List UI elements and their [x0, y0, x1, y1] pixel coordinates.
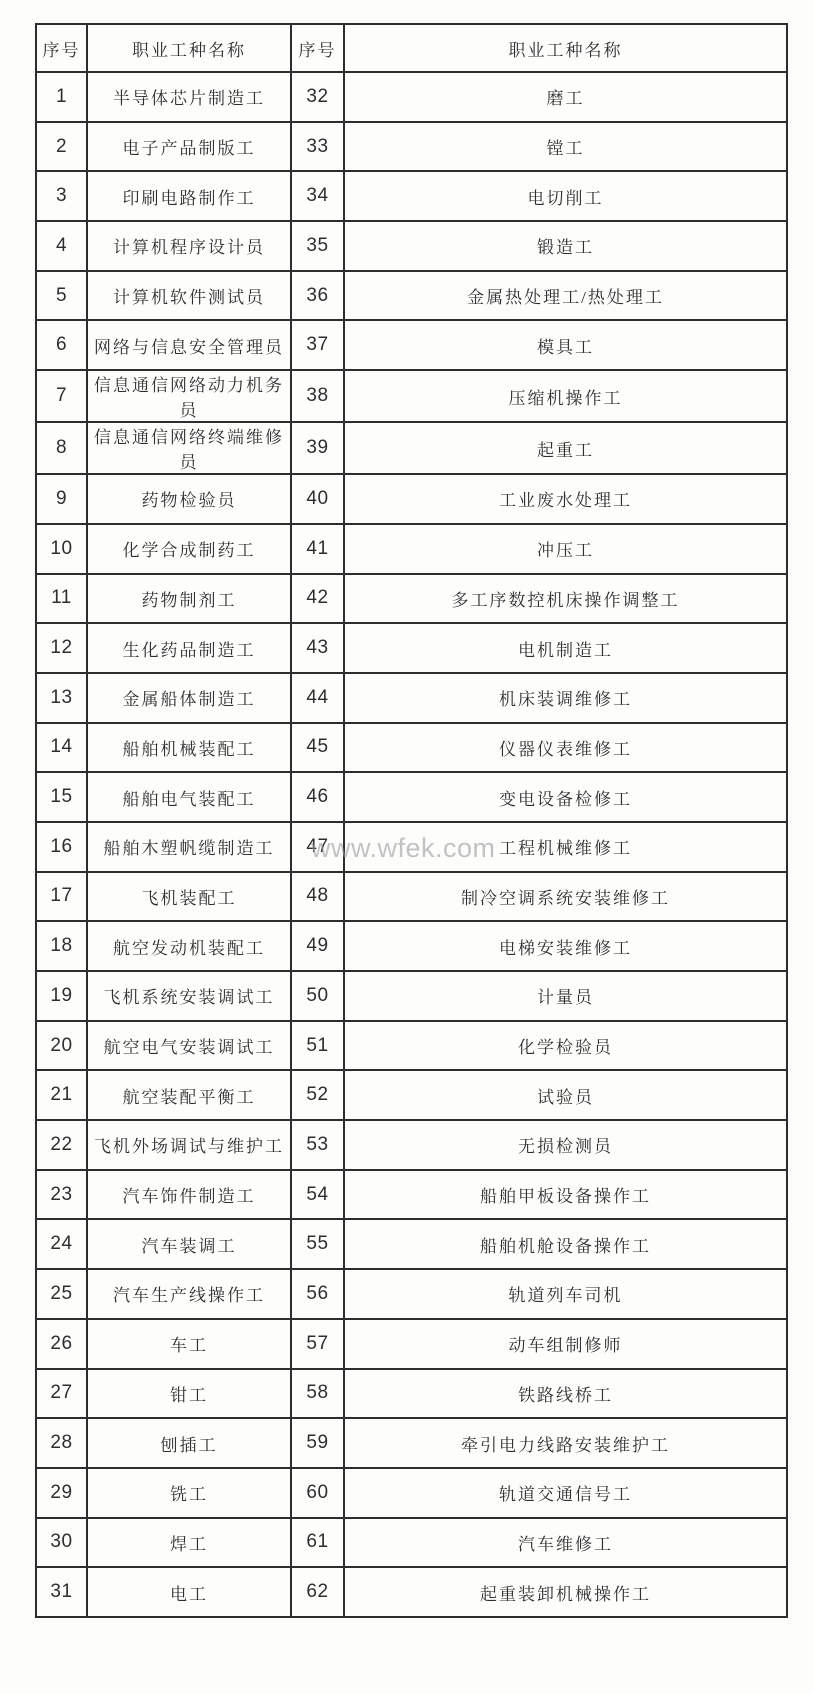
- cell-serial-left: 18: [36, 921, 87, 971]
- cell-occupation-right: 船舶甲板设备操作工: [344, 1170, 787, 1220]
- cell-occupation-right: 试验员: [344, 1070, 787, 1120]
- cell-serial-left: 4: [36, 221, 87, 271]
- cell-serial-right: 48: [291, 872, 344, 922]
- table-row: 4 计算机程序设计员 35 锻造工: [36, 221, 787, 271]
- table-row: 2 电子产品制版工 33 镗工: [36, 122, 787, 172]
- table-row: 21 航空装配平衡工 52 试验员: [36, 1070, 787, 1120]
- cell-serial-left: 25: [36, 1269, 87, 1319]
- table-row: 30 焊工 61 汽车维修工: [36, 1518, 787, 1568]
- cell-serial-right: 60: [291, 1468, 344, 1518]
- cell-occupation-left: 电子产品制版工: [87, 122, 291, 172]
- cell-occupation-left: 生化药品制造工: [87, 623, 291, 673]
- cell-serial-left: 13: [36, 673, 87, 723]
- cell-serial-left: 5: [36, 271, 87, 321]
- cell-serial-right: 32: [291, 72, 344, 122]
- table-row: 12 生化药品制造工 43 电机制造工: [36, 623, 787, 673]
- cell-occupation-right: 电切削工: [344, 171, 787, 221]
- cell-serial-right: 39: [291, 422, 344, 474]
- cell-occupation-left: 船舶木塑帆缆制造工: [87, 822, 291, 872]
- table-row: 31 电工 62 起重装卸机械操作工: [36, 1567, 787, 1617]
- cell-occupation-left: 航空装配平衡工: [87, 1070, 291, 1120]
- cell-serial-right: 59: [291, 1418, 344, 1468]
- cell-occupation-left: 车工: [87, 1319, 291, 1369]
- cell-serial-left: 1: [36, 72, 87, 122]
- cell-occupation-right: 模具工: [344, 320, 787, 370]
- cell-occupation-left: 船舶电气装配工: [87, 772, 291, 822]
- cell-occupation-left: 汽车饰件制造工: [87, 1170, 291, 1220]
- header-serial-right: 序号: [291, 24, 344, 72]
- cell-occupation-left: 药物制剂工: [87, 574, 291, 624]
- cell-serial-right: 54: [291, 1170, 344, 1220]
- cell-serial-left: 15: [36, 772, 87, 822]
- cell-serial-right: 45: [291, 723, 344, 773]
- table-row: 25 汽车生产线操作工 56 轨道列车司机: [36, 1269, 787, 1319]
- cell-serial-right: 57: [291, 1319, 344, 1369]
- cell-occupation-right: 电梯安装维修工: [344, 921, 787, 971]
- cell-occupation-right: 牵引电力线路安装维护工: [344, 1418, 787, 1468]
- table-row: 13 金属船体制造工 44 机床装调维修工: [36, 673, 787, 723]
- cell-serial-left: 28: [36, 1418, 87, 1468]
- cell-serial-left: 19: [36, 971, 87, 1021]
- cell-occupation-left: 飞机外场调试与维护工: [87, 1120, 291, 1170]
- table-row: 6 网络与信息安全管理员 37 模具工: [36, 320, 787, 370]
- table-row: 16 船舶木塑帆缆制造工 47 工程机械维修工: [36, 822, 787, 872]
- cell-serial-right: 37: [291, 320, 344, 370]
- cell-serial-left: 7: [36, 370, 87, 422]
- table-row: 20 航空电气安装调试工 51 化学检验员: [36, 1021, 787, 1071]
- cell-occupation-right: 起重装卸机械操作工: [344, 1567, 787, 1617]
- cell-serial-left: 16: [36, 822, 87, 872]
- cell-serial-left: 2: [36, 122, 87, 172]
- cell-occupation-right: 起重工: [344, 422, 787, 474]
- cell-serial-left: 21: [36, 1070, 87, 1120]
- cell-occupation-left: 化学合成制药工: [87, 524, 291, 574]
- table-row: 23 汽车饰件制造工 54 船舶甲板设备操作工: [36, 1170, 787, 1220]
- cell-serial-left: 6: [36, 320, 87, 370]
- table-row: 15 船舶电气装配工 46 变电设备检修工: [36, 772, 787, 822]
- cell-occupation-right: 轨道交通信号工: [344, 1468, 787, 1518]
- cell-occupation-right: 变电设备检修工: [344, 772, 787, 822]
- cell-occupation-right: 制冷空调系统安装维修工: [344, 872, 787, 922]
- cell-serial-left: 12: [36, 623, 87, 673]
- cell-occupation-left: 航空发动机装配工: [87, 921, 291, 971]
- cell-occupation-right: 化学检验员: [344, 1021, 787, 1071]
- cell-occupation-right: 磨工: [344, 72, 787, 122]
- cell-serial-right: 62: [291, 1567, 344, 1617]
- cell-serial-left: 22: [36, 1120, 87, 1170]
- cell-serial-right: 34: [291, 171, 344, 221]
- cell-occupation-right: 铁路线桥工: [344, 1369, 787, 1419]
- table-row: 5 计算机软件测试员 36 金属热处理工/热处理工: [36, 271, 787, 321]
- cell-occupation-left: 船舶机械装配工: [87, 723, 291, 773]
- cell-serial-right: 61: [291, 1518, 344, 1568]
- cell-occupation-left: 计算机程序设计员: [87, 221, 291, 271]
- cell-serial-left: 8: [36, 422, 87, 474]
- cell-occupation-left: 药物检验员: [87, 474, 291, 524]
- table-row: 7 信息通信网络动力机务员 38 压缩机操作工: [36, 370, 787, 422]
- cell-serial-right: 36: [291, 271, 344, 321]
- cell-serial-right: 56: [291, 1269, 344, 1319]
- cell-occupation-right: 动车组制修师: [344, 1319, 787, 1369]
- cell-serial-right: 55: [291, 1219, 344, 1269]
- cell-serial-left: 29: [36, 1468, 87, 1518]
- cell-occupation-right: 工程机械维修工: [344, 822, 787, 872]
- table-row: 27 钳工 58 铁路线桥工: [36, 1369, 787, 1419]
- table-row: 22 飞机外场调试与维护工 53 无损检测员: [36, 1120, 787, 1170]
- table-row: 29 铣工 60 轨道交通信号工: [36, 1468, 787, 1518]
- cell-occupation-left: 航空电气安装调试工: [87, 1021, 291, 1071]
- cell-serial-left: 24: [36, 1219, 87, 1269]
- cell-occupation-right: 压缩机操作工: [344, 370, 787, 422]
- table-body: 1 半导体芯片制造工 32 磨工 2 电子产品制版工 33 镗工 3 印刷电路制…: [36, 72, 787, 1617]
- cell-occupation-left: 信息通信网络动力机务员: [87, 370, 291, 422]
- cell-serial-left: 3: [36, 171, 87, 221]
- table-header: 序号 职业工种名称 序号 职业工种名称: [36, 24, 787, 72]
- cell-serial-right: 49: [291, 921, 344, 971]
- cell-serial-right: 47: [291, 822, 344, 872]
- cell-occupation-left: 网络与信息安全管理员: [87, 320, 291, 370]
- header-occupation-right: 职业工种名称: [344, 24, 787, 72]
- header-occupation-left: 职业工种名称: [87, 24, 291, 72]
- cell-serial-right: 42: [291, 574, 344, 624]
- cell-serial-right: 44: [291, 673, 344, 723]
- cell-occupation-right: 轨道列车司机: [344, 1269, 787, 1319]
- cell-serial-left: 26: [36, 1319, 87, 1369]
- cell-occupation-left: 飞机系统安装调试工: [87, 971, 291, 1021]
- table-row: 26 车工 57 动车组制修师: [36, 1319, 787, 1369]
- cell-occupation-left: 钳工: [87, 1369, 291, 1419]
- cell-serial-right: 41: [291, 524, 344, 574]
- table-row: 8 信息通信网络终端维修员 39 起重工: [36, 422, 787, 474]
- cell-serial-right: 35: [291, 221, 344, 271]
- table-row: 17 飞机装配工 48 制冷空调系统安装维修工: [36, 872, 787, 922]
- cell-occupation-right: 汽车维修工: [344, 1518, 787, 1568]
- cell-occupation-right: 金属热处理工/热处理工: [344, 271, 787, 321]
- cell-serial-right: 50: [291, 971, 344, 1021]
- cell-occupation-right: 电机制造工: [344, 623, 787, 673]
- cell-occupation-left: 电工: [87, 1567, 291, 1617]
- cell-serial-left: 27: [36, 1369, 87, 1419]
- cell-serial-right: 43: [291, 623, 344, 673]
- table-row: 14 船舶机械装配工 45 仪器仪表维修工: [36, 723, 787, 773]
- cell-occupation-left: 铣工: [87, 1468, 291, 1518]
- cell-occupation-right: 计量员: [344, 971, 787, 1021]
- cell-occupation-right: 仪器仪表维修工: [344, 723, 787, 773]
- cell-serial-left: 11: [36, 574, 87, 624]
- cell-serial-right: 40: [291, 474, 344, 524]
- cell-occupation-left: 计算机软件测试员: [87, 271, 291, 321]
- table-row: 1 半导体芯片制造工 32 磨工: [36, 72, 787, 122]
- cell-occupation-left: 印刷电路制作工: [87, 171, 291, 221]
- cell-occupation-right: 工业废水处理工: [344, 474, 787, 524]
- table-row: 24 汽车装调工 55 船舶机舱设备操作工: [36, 1219, 787, 1269]
- table-row: 11 药物制剂工 42 多工序数控机床操作调整工: [36, 574, 787, 624]
- cell-occupation-left: 刨插工: [87, 1418, 291, 1468]
- cell-serial-left: 23: [36, 1170, 87, 1220]
- cell-occupation-right: 无损检测员: [344, 1120, 787, 1170]
- table-row: 28 刨插工 59 牵引电力线路安装维护工: [36, 1418, 787, 1468]
- cell-serial-right: 51: [291, 1021, 344, 1071]
- table-row: 10 化学合成制药工 41 冲压工: [36, 524, 787, 574]
- header-serial-left: 序号: [36, 24, 87, 72]
- cell-occupation-right: 锻造工: [344, 221, 787, 271]
- cell-occupation-right: 船舶机舱设备操作工: [344, 1219, 787, 1269]
- cell-serial-right: 58: [291, 1369, 344, 1419]
- cell-serial-left: 14: [36, 723, 87, 773]
- table-row: 9 药物检验员 40 工业废水处理工: [36, 474, 787, 524]
- scanned-document-page: www.wfek.com 序号 职业工种名称 序号 职业工种名称 1 半导体芯片…: [0, 0, 813, 1694]
- cell-occupation-left: 飞机装配工: [87, 872, 291, 922]
- cell-occupation-left: 汽车生产线操作工: [87, 1269, 291, 1319]
- table-row: 19 飞机系统安装调试工 50 计量员: [36, 971, 787, 1021]
- cell-serial-right: 46: [291, 772, 344, 822]
- cell-serial-left: 30: [36, 1518, 87, 1568]
- cell-occupation-left: 半导体芯片制造工: [87, 72, 291, 122]
- cell-occupation-right: 镗工: [344, 122, 787, 172]
- cell-occupation-right: 多工序数控机床操作调整工: [344, 574, 787, 624]
- cell-occupation-right: 冲压工: [344, 524, 787, 574]
- cell-serial-right: 53: [291, 1120, 344, 1170]
- cell-serial-left: 20: [36, 1021, 87, 1071]
- table-row: 3 印刷电路制作工 34 电切削工: [36, 171, 787, 221]
- cell-serial-left: 17: [36, 872, 87, 922]
- header-row: 序号 职业工种名称 序号 职业工种名称: [36, 24, 787, 72]
- cell-serial-right: 33: [291, 122, 344, 172]
- cell-serial-left: 10: [36, 524, 87, 574]
- cell-occupation-left: 汽车装调工: [87, 1219, 291, 1269]
- cell-occupation-left: 焊工: [87, 1518, 291, 1568]
- cell-occupation-left: 金属船体制造工: [87, 673, 291, 723]
- occupation-table: 序号 职业工种名称 序号 职业工种名称 1 半导体芯片制造工 32 磨工 2 电…: [35, 23, 788, 1618]
- cell-occupation-right: 机床装调维修工: [344, 673, 787, 723]
- cell-occupation-left: 信息通信网络终端维修员: [87, 422, 291, 474]
- table-row: 18 航空发动机装配工 49 电梯安装维修工: [36, 921, 787, 971]
- cell-serial-right: 38: [291, 370, 344, 422]
- cell-serial-left: 31: [36, 1567, 87, 1617]
- cell-serial-right: 52: [291, 1070, 344, 1120]
- cell-serial-left: 9: [36, 474, 87, 524]
